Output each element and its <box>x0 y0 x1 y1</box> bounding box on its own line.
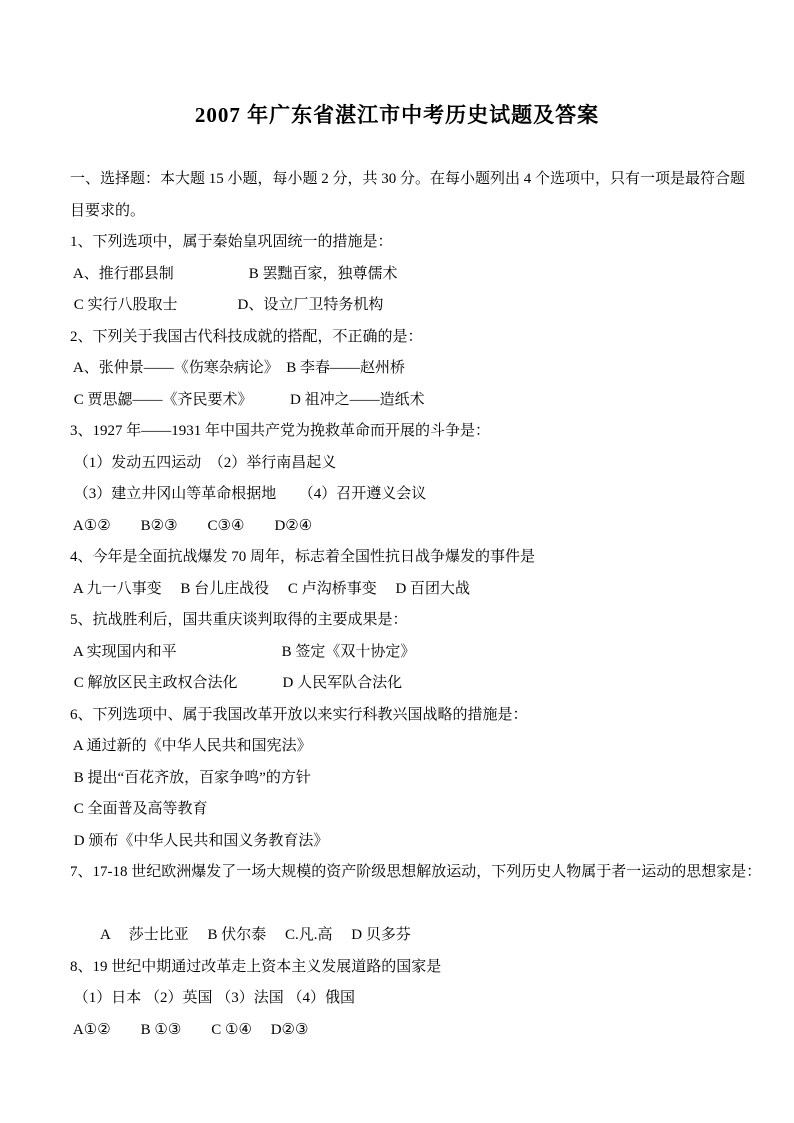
question-8-answer-choices-line: A①② B ①③ C ①④ D②③ <box>70 1015 770 1047</box>
question-7-stem: 7、17-18 世纪欧洲爆发了一场大规模的资产阶级思想解放运动，下列历史人物属于… <box>70 857 770 889</box>
question-6-option-b: B 提出“百花齐放，百家争鸣”的方针 <box>70 763 770 795</box>
question-2: 2、下列关于我国古代科技成就的搭配，不正确的是： A、张仲景——《伤寒杂病论》 … <box>70 322 770 417</box>
question-1-stem: 1、下列选项中，属于秦始皇巩固统一的措施是： <box>70 227 770 259</box>
question-2-options-line-2: C 贾思勰——《齐民要术》 D 祖冲之——造纸术 <box>70 385 770 417</box>
document-body: 一、选择题：本大题 15 小题，每小题 2 分，共 30 分。在每小题列出 4 … <box>70 164 770 1046</box>
question-7: 7、17-18 世纪欧洲爆发了一场大规模的资产阶级思想解放运动，下列历史人物属于… <box>70 857 770 952</box>
question-6-option-d: D 颁布《中华人民共和国义务教育法》 <box>70 826 770 858</box>
question-1-options-line-2: C 实行八股取士 D、设立厂卫特务机构 <box>70 290 770 322</box>
question-4: 4、今年是全面抗战爆发 70 周年，标志着全国性抗日战争爆发的事件是 A 九一八… <box>70 542 770 605</box>
question-3-stem: 3、1927 年——1931 年中国共产党为挽救革命而开展的斗争是： <box>70 416 770 448</box>
question-2-stem: 2、下列关于我国古代科技成就的搭配，不正确的是： <box>70 322 770 354</box>
question-6-stem: 6、下列选项中、属于我国改革开放以来实行科教兴国战略的措施是： <box>70 700 770 732</box>
question-8: 8、19 世纪中期通过改革走上资本主义发展道路的国家是 （1）日本 （2）英国 … <box>70 952 770 1047</box>
question-6: 6、下列选项中、属于我国改革开放以来实行科教兴国战略的措施是： A 通过新的《中… <box>70 700 770 858</box>
question-3-options-line-1: （1）发动五四运动 （2）举行南昌起义 <box>70 448 770 480</box>
question-8-stem: 8、19 世纪中期通过改革走上资本主义发展道路的国家是 <box>70 952 770 984</box>
question-4-stem: 4、今年是全面抗战爆发 70 周年，标志着全国性抗日战争爆发的事件是 <box>70 542 770 574</box>
question-1-options-line-1: A、推行郡县制 B 罢黜百家，独尊儒术 <box>70 259 770 291</box>
question-3-answer-choices-line: A①② B②③ C③④ D②④ <box>70 511 770 543</box>
question-7-options-line-1: A 莎士比亚 B 伏尔泰 C.凡.高 D 贝多芬 <box>70 920 770 952</box>
section-intro-line-2: 目要求的。 <box>70 196 770 228</box>
question-7-blank-line <box>70 889 770 921</box>
question-1: 1、下列选项中，属于秦始皇巩固统一的措施是： A、推行郡县制 B 罢黜百家，独尊… <box>70 227 770 322</box>
question-6-option-a: A 通过新的《中华人民共和国宪法》 <box>70 731 770 763</box>
question-2-options-line-1: A、张仲景——《伤寒杂病论》 B 李春——赵州桥 <box>70 353 770 385</box>
document-page: 2007 年广东省湛江市中考历史试题及答案 一、选择题：本大题 15 小题，每小… <box>0 0 794 1123</box>
question-8-options-line-1: （1）日本 （2）英国 （3）法国 （4）俄国 <box>70 983 770 1015</box>
question-5-options-line-2: C 解放区民主政权合法化 D 人民军队合法化 <box>70 668 770 700</box>
question-5-options-line-1: A 实现国内和平 B 签定《双十协定》 <box>70 637 770 669</box>
question-6-option-c: C 全面普及高等教育 <box>70 794 770 826</box>
document-title: 2007 年广东省湛江市中考历史试题及答案 <box>0 100 794 130</box>
question-3: 3、1927 年——1931 年中国共产党为挽救革命而开展的斗争是： （1）发动… <box>70 416 770 542</box>
section-intro-line-1: 一、选择题：本大题 15 小题，每小题 2 分，共 30 分。在每小题列出 4 … <box>70 164 770 196</box>
question-4-options-line-1: A 九一八事变 B 台儿庄战役 C 卢沟桥事变 D 百团大战 <box>70 574 770 606</box>
question-5-stem: 5、抗战胜利后，国共重庆谈判取得的主要成果是： <box>70 605 770 637</box>
question-3-options-line-2: （3）建立井冈山等革命根据地 （4）召开遵义会议 <box>70 479 770 511</box>
question-5: 5、抗战胜利后，国共重庆谈判取得的主要成果是： A 实现国内和平 B 签定《双十… <box>70 605 770 700</box>
